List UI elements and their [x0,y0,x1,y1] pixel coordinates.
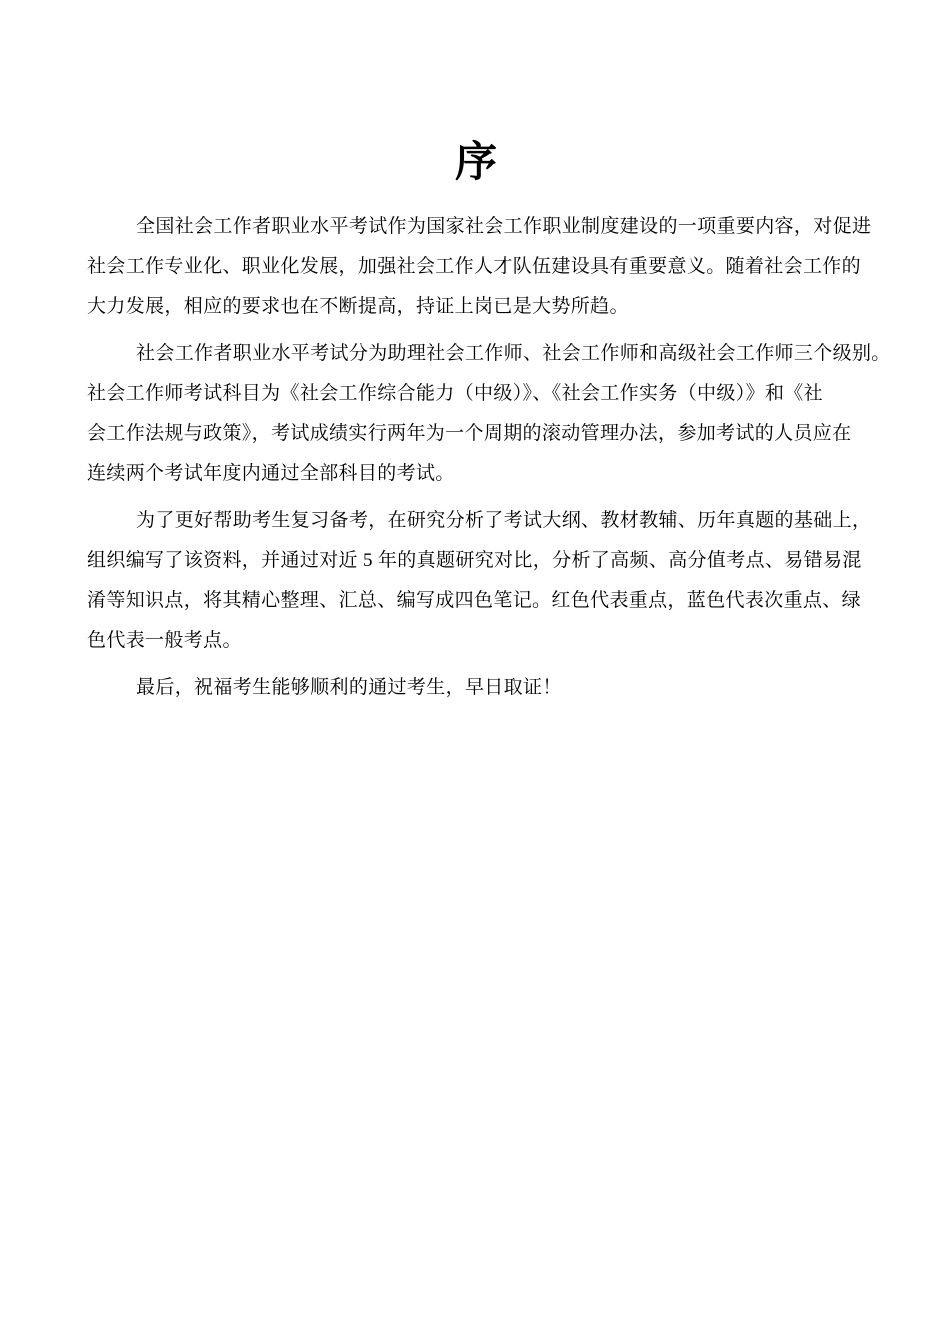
paragraph: 社会工作者职业水平考试分为助理社会工作师、社会工作师和高级社会工作师三个级别。社… [87,334,866,494]
text-line: 会工作法规与政策》，考试成绩实行两年为一个周期的滚动管理办法，参加考试的人员应在 [87,414,866,454]
page-title: 序 [87,136,866,190]
text-line: 社会工作专业化、职业化发展，加强社会工作人才队伍建设具有重要意义。随着社会工作的 [87,247,866,287]
text-line: 连续两个考试年度内通过全部科目的考试。 [87,454,866,494]
text-line: 组织编写了该资料，并通过对近 5 年的真题研究对比，分析了高频、高分值考点、易错… [87,541,866,581]
text-line: 社会工作师考试科目为《社会工作综合能力（中级）》、《社会工作实务（中级）》和《社 [87,374,866,414]
paragraph: 最后，祝福考生能够顺利的通过考生，早日取证！ [87,668,866,708]
text-line: 色代表一般考点。 [87,621,866,661]
text-line: 大力发展，相应的要求也在不断提高，持证上岗已是大势所趋。 [87,287,866,327]
document-page: 序 全国社会工作者职业水平考试作为国家社会工作职业制度建设的一项重要内容，对促进… [0,0,950,1336]
text-line: 全国社会工作者职业水平考试作为国家社会工作职业制度建设的一项重要内容，对促进 [87,207,866,247]
text-line: 淆等知识点，将其精心整理、汇总、编写成四色笔记。红色代表重点，蓝色代表次重点、绿 [87,581,866,621]
paragraph: 全国社会工作者职业水平考试作为国家社会工作职业制度建设的一项重要内容，对促进社会… [87,207,866,327]
document-body: 全国社会工作者职业水平考试作为国家社会工作职业制度建设的一项重要内容，对促进社会… [87,207,866,708]
paragraph: 为了更好帮助考生复习备考，在研究分析了考试大纲、教材教辅、历年真题的基础上，组织… [87,501,866,661]
text-line: 社会工作者职业水平考试分为助理社会工作师、社会工作师和高级社会工作师三个级别。 [87,334,866,374]
text-line: 最后，祝福考生能够顺利的通过考生，早日取证！ [87,668,866,708]
text-line: 为了更好帮助考生复习备考，在研究分析了考试大纲、教材教辅、历年真题的基础上， [87,501,866,541]
